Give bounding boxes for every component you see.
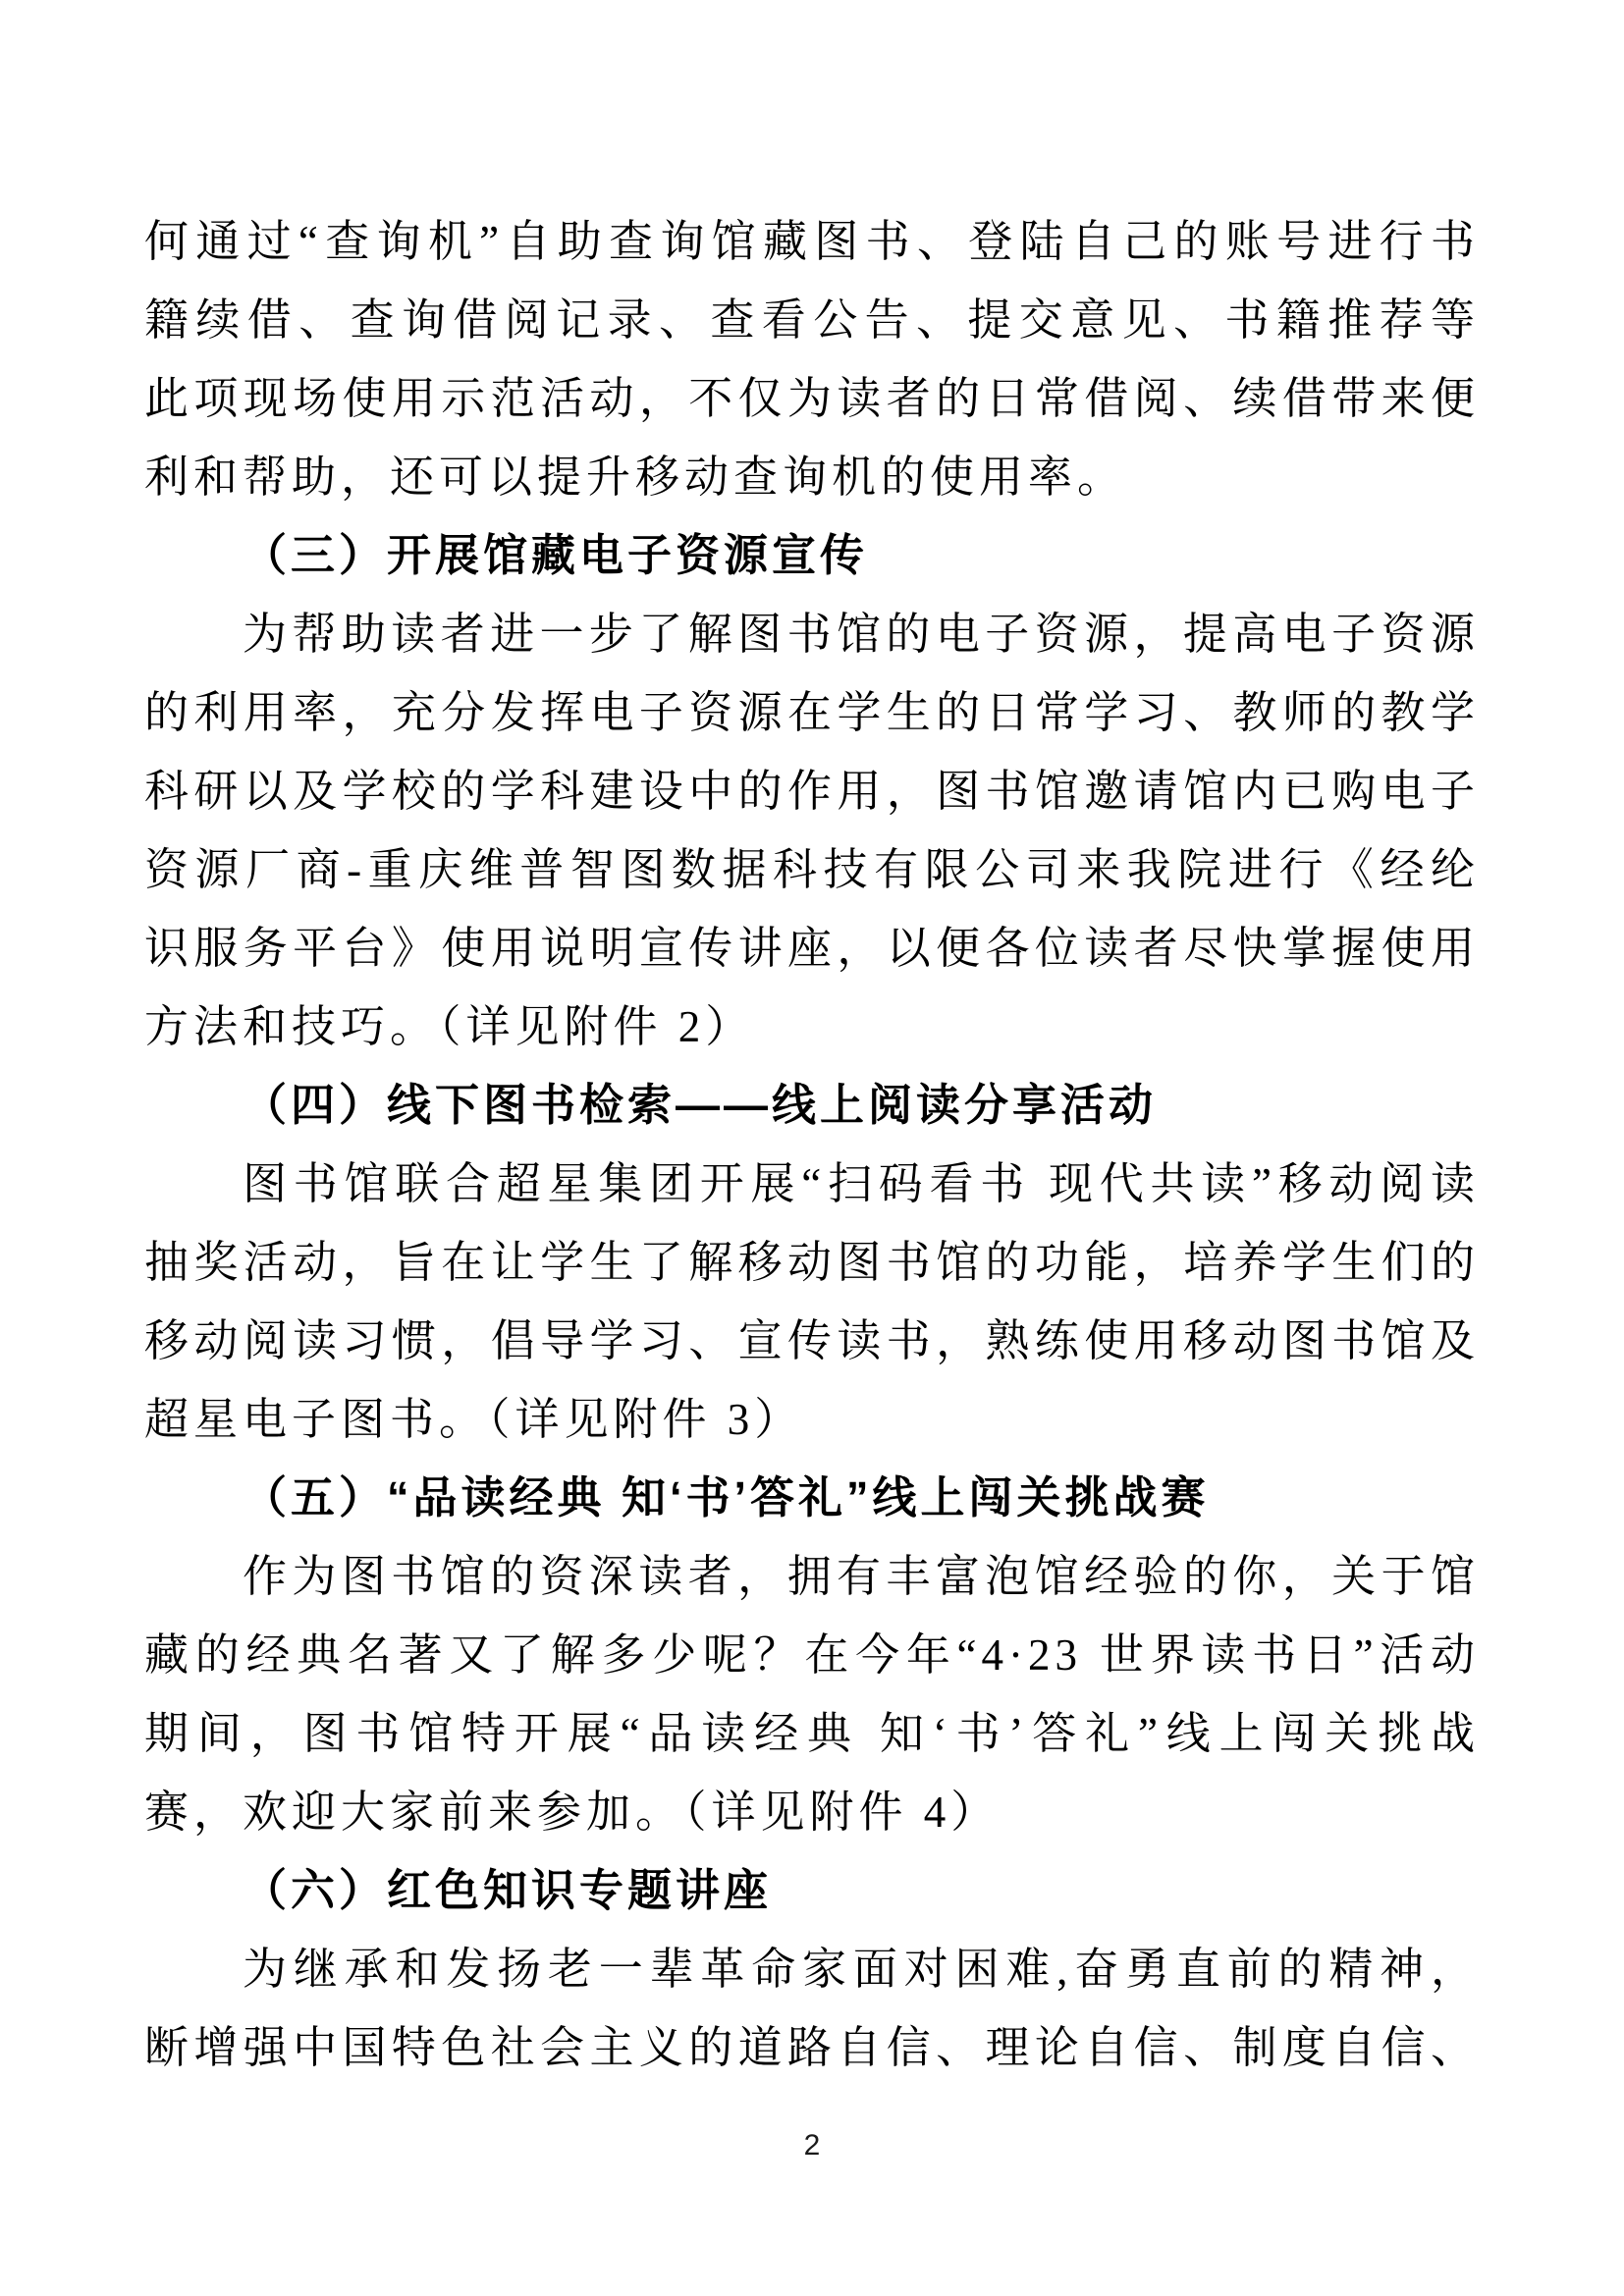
text-line: 的利用率，充分发挥电子资源在学生的日常学习、教师的教学 <box>144 673 1480 752</box>
text-line: 此项现场使用示范活动，不仅为读者的日常借阅、续借带来便 <box>144 359 1480 438</box>
text-line: 期间，图书馆特开展“品读经典 知‘书’答礼”线上闯关挑战 <box>144 1694 1480 1773</box>
text-line: 超星电子图书。（详见附件 3） <box>144 1380 1480 1459</box>
text-line: 方法和技巧。（详见附件 2） <box>144 988 1480 1066</box>
text-line: 籍续借、查询借阅记录、查看公告、提交意见、书籍推荐等等。 <box>144 281 1480 359</box>
text-line: 作为图书馆的资深读者，拥有丰富泡馆经验的你，关于馆 <box>144 1537 1480 1616</box>
page-number: 2 <box>0 2126 1624 2165</box>
text-line: 识服务平台》使用说明宣传讲座，以便各位读者尽快掌握使用 <box>144 909 1480 988</box>
text-line: 资源厂商-重庆维普智图数据科技有限公司来我院进行《经纶知 <box>144 830 1480 909</box>
section-heading: （三）开展馆藏电子资源宣传 <box>144 516 1480 595</box>
section-heading: （五）“品读经典 知‘书’答礼”线上闯关挑战赛 <box>144 1459 1480 1537</box>
text-line: 为继承和发扬老一辈革命家面对困难,奋勇直前的精神，不 <box>144 1930 1480 2008</box>
document-page: 何通过“查询机”自助查询馆藏图书、登陆自己的账号进行书 籍续借、查询借阅记录、查… <box>0 0 1624 2296</box>
text-line: 科研以及学校的学科建设中的作用，图书馆邀请馆内已购电子 <box>144 752 1480 830</box>
text-line: 何通过“查询机”自助查询馆藏图书、登陆自己的账号进行书 <box>144 202 1480 281</box>
text-line: 赛，欢迎大家前来参加。（详见附件 4） <box>144 1773 1480 1851</box>
text-line: 抽奖活动，旨在让学生了解移动图书馆的功能，培养学生们的 <box>144 1223 1480 1302</box>
text-line: 图书馆联合超星集团开展“扫码看书 现代共读”移动阅读 <box>144 1145 1480 1223</box>
section-heading: （四）线下图书检索——线上阅读分享活动 <box>144 1066 1480 1145</box>
text-line: 为帮助读者进一步了解图书馆的电子资源，提高电子资源 <box>144 595 1480 673</box>
text-line: 移动阅读习惯，倡导学习、宣传读书，熟练使用移动图书馆及 <box>144 1302 1480 1380</box>
document-body: 何通过“查询机”自助查询馆藏图书、登陆自己的账号进行书 籍续借、查询借阅记录、查… <box>144 202 1480 2087</box>
text-line: 利和帮助，还可以提升移动查询机的使用率。 <box>144 438 1480 516</box>
section-heading: （六）红色知识专题讲座 <box>144 1851 1480 1930</box>
text-line: 藏的经典名著又了解多少呢？在今年“4·23 世界读书日”活动 <box>144 1616 1480 1694</box>
text-line: 断增强中国特色社会主义的道路自信、理论自信、制度自信、 <box>144 2008 1480 2087</box>
